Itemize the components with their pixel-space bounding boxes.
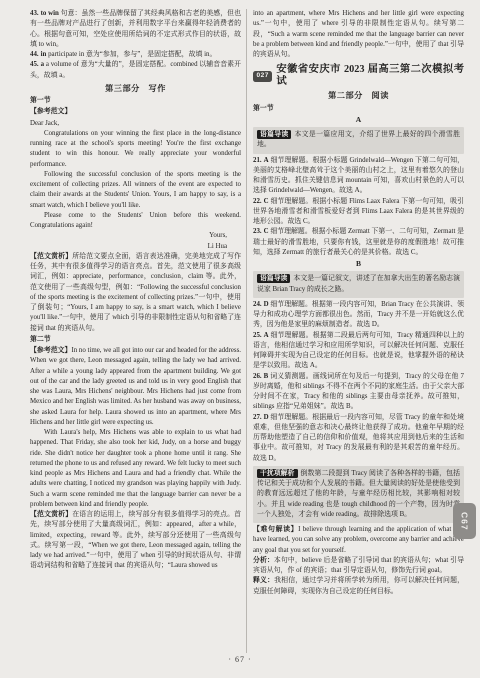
analysis-label: 【范文赏析】 — [30, 511, 72, 518]
answer-item-21: 21.A 细节理解题。根据小标题 Grindelwald—Wengen 下第二句… — [253, 156, 464, 197]
analysis-label: 分析： — [253, 557, 274, 564]
section1-heading: 第一节 — [30, 96, 241, 106]
question-type: 细节理解题。 — [270, 301, 312, 308]
question-type: 细节理解题。 — [270, 157, 312, 164]
answer-explanation: a volume of 意为“大量的”，是固定搭配。combined 以辅音音素… — [30, 61, 241, 78]
exam-title: 安徽省安庆市 2023 届高三第二次模拟考试 — [276, 64, 464, 88]
answer-number: 22. — [253, 198, 262, 205]
answer-value: B — [264, 373, 269, 380]
answer-number: 27. — [253, 414, 262, 421]
paraphrase-text: 我相信，通过学习并将所学转为所用，你可以解决任何问题，克服任何障碍，实现你为自己… — [253, 577, 464, 594]
answer-value: A — [264, 157, 269, 164]
letter-signature: Li Hua — [30, 242, 241, 252]
answer-number: 44. — [30, 51, 39, 58]
paraphrase-label: 释义： — [253, 577, 274, 584]
answer-value: C — [264, 228, 269, 235]
right-column: into an apartment, where Mrs Hichens and… — [246, 9, 464, 653]
answer-item-26: 26.B 词义猜测题。画线词所在句及后一句提到，Tracy 的父母在他 7 岁时… — [253, 372, 464, 413]
question-type: 细节理解题。 — [270, 228, 311, 235]
analysis-text: 所给范文要点全面，语言表达准确，完美地完成了写作任务，其中有很多值得学习的语言亮… — [30, 253, 241, 332]
question-type: 细节理解题。 — [270, 332, 312, 339]
letter-closing: Yours, — [30, 231, 241, 241]
answer-item-44: 44.in participate in 意为“参加，参与”，是固定搭配，故填 … — [30, 50, 241, 60]
answer-item-23: 23.C 细节理解题。根据小标题 Zermatt 下第一、二句可知，Zermat… — [253, 227, 464, 258]
answer-item-25: 25.A 细节理解题。根据第二段最后两句可知，Tracy 精通四种以上的语言，他… — [253, 331, 464, 372]
side-tab-marker: C67 — [453, 503, 476, 539]
answer-number: 21. — [253, 157, 262, 164]
essay-analysis-1: 【范文赏析】所给范文要点全面，语言表达准确，完美地完成了写作任务，其中有很多值得… — [30, 252, 241, 334]
essay-text: In no time, we all got into our car and … — [30, 347, 241, 426]
model-essay-label: 【参考范文】 — [30, 107, 241, 117]
answer-number: 43. — [30, 10, 39, 17]
answer-number: 23. — [253, 228, 262, 235]
passage-guide-b: 语篇导读本文是一篇记叙文，讲述了在加拿大出生的著名励志演说家 Brian Tra… — [253, 271, 464, 298]
answer-number: 24. — [253, 301, 262, 308]
answer-explanation: participate in 意为“参加，参与”，是固定搭配，故填 in。 — [48, 51, 216, 58]
distractor-analysis-box: 干扰项解析倒数第二段提到 Tracy 阅读了各种各样的书籍，包括传记和关于成功和… — [253, 466, 464, 523]
exam-number-badge: 027 — [253, 71, 272, 83]
letter-paragraph-2: Following the successful conclusion of t… — [30, 170, 241, 211]
answer-book-page: 43.to win 句意：虽然一些品牌保留了其经典风格和古老的美感，但也有一些品… — [0, 0, 480, 678]
answer-item-22: 22.C 细节理解题。根据小标题 Flims Laax Falera 下第一句可… — [253, 197, 464, 228]
guide-badge: 语篇导读 — [257, 130, 291, 139]
difficult-sentence: 【难句解读】I believe through learning and the… — [253, 525, 464, 556]
part3-heading: 第三部分 写作 — [30, 84, 241, 94]
answer-value: D — [264, 301, 269, 308]
question-type: 细节理解题。 — [270, 414, 312, 421]
essay-analysis-2: 【范文赏析】在语言的运用上，续写部分有很多值得学习的亮点。首先，续写部分使用了大… — [30, 510, 241, 572]
sentence-analysis: 分析：本句中，believe 后是省略了引导词 that 的宾语从句；what … — [253, 556, 464, 577]
answer-item-27: 27.D 细节理解题。根据最后一段内容可知，尽管 Tracy 的童年和处境艰难，… — [253, 413, 464, 464]
sentence-paraphrase: 释义：我相信，通过学习并将所学转为所用，你可以解决任何问题，克服任何障碍，实现你… — [253, 576, 464, 597]
analysis-text: 在语言的运用上，续写部分有很多值得学习的亮点。首先，续写部分使用了大量高级词汇，… — [30, 511, 241, 569]
analysis-label: 【范文赏析】 — [30, 253, 72, 260]
section2-heading: 第二节 — [30, 335, 241, 345]
answer-value: a — [41, 61, 44, 68]
answer-number: 25. — [253, 332, 262, 339]
answer-number: 45. — [30, 61, 39, 68]
answer-item-43: 43.to win 句意：虽然一些品牌保留了其经典风格和古老的美感，但也有一些品… — [30, 9, 241, 50]
model-essay-label: 【参考范文】 — [30, 347, 71, 354]
answer-value: to win — [41, 10, 59, 17]
letter-salutation: Dear Jack, — [30, 119, 241, 129]
model-essay-2-para-1: 【参考范文】In no time, we all got into our ca… — [30, 346, 241, 428]
two-column-layout: 43.to win 句意：虽然一些品牌保留了其经典风格和古老的美感，但也有一些品… — [30, 9, 464, 653]
answer-item-45: 45.a a volume of 意为“大量的”，是固定搭配。combined … — [30, 60, 241, 81]
passage-guide-a: 语篇导读本文是一篇应用文，介绍了世界上最好的四个滑雪胜地。 — [253, 127, 464, 154]
letter-paragraph-1: Congratulations on your winning the firs… — [30, 129, 241, 170]
passage-b-label: B — [253, 259, 464, 269]
answer-explanation: 句意：虽然一些品牌保留了其经典风格和古老的美感，但也有一些品牌对产品进行了创新，… — [30, 10, 241, 48]
left-column: 43.to win 句意：虽然一些品牌保留了其经典风格和古老的美感，但也有一些品… — [30, 9, 246, 653]
part2-heading: 第二部分 阅读 — [253, 91, 464, 101]
letter-paragraph-3: Please come to the Students' Union befor… — [30, 211, 241, 232]
model-essay-2-para-2: With Laura's help, Mrs Hichens was able … — [30, 428, 241, 510]
page-number: · 67 · — [0, 655, 480, 664]
question-type: 细节理解题。 — [270, 198, 312, 205]
answer-item-24: 24.D 细节理解题。根据第一段内容可知，Brian Tracy 在公共演讲、领… — [253, 300, 464, 331]
answer-value: D — [264, 414, 269, 421]
answer-value: C — [264, 198, 269, 205]
answer-number: 26. — [253, 373, 262, 380]
analysis-text: 本句中，believe 后是省略了引导词 that 的宾语从句；what 引导宾… — [253, 557, 464, 574]
answer-value: A — [264, 332, 269, 339]
distractor-badge: 干扰项解析 — [257, 469, 298, 478]
guide-badge: 语篇导读 — [257, 274, 290, 283]
exam-header: 027 安徽省安庆市 2023 届高三第二次模拟考试 — [253, 64, 464, 88]
analysis-continuation: into an apartment, where Mrs Hichens and… — [253, 9, 464, 60]
sentence-label: 【难句解读】 — [253, 526, 298, 533]
answer-value: in — [41, 51, 47, 58]
section1-heading: 第一节 — [253, 104, 464, 114]
passage-a-label: A — [253, 115, 464, 125]
question-type: 词义猜测题。 — [270, 373, 313, 380]
